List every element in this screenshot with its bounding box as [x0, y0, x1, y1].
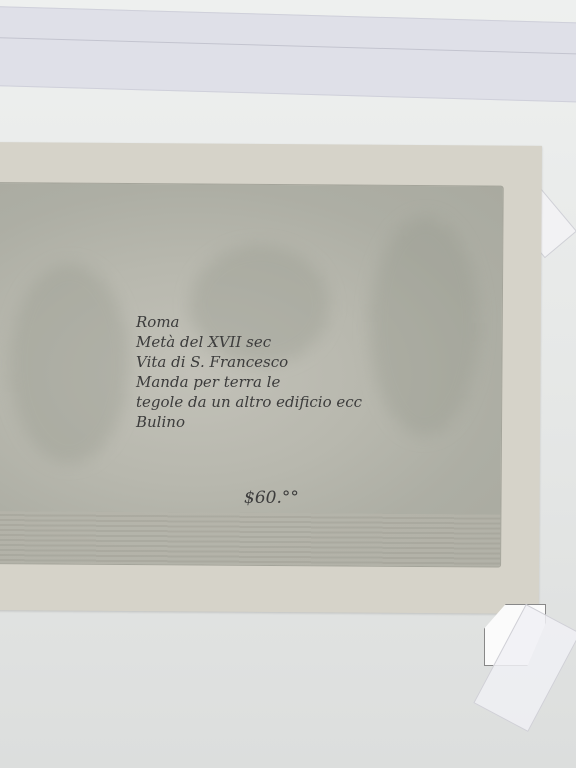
- note-line: tegole da un altro edificio ecc: [136, 392, 362, 412]
- note-line: Metà del XVII sec: [136, 332, 362, 352]
- note-line: Manda per terra le: [136, 372, 362, 392]
- handwritten-notes: Roma Metà del XVII sec Vita di S. France…: [136, 312, 362, 432]
- note-line: Roma: [136, 312, 362, 332]
- masking-tape-top: [0, 6, 576, 103]
- note-line: Vita di S. Francesco: [136, 352, 362, 372]
- price-note: $60.°°: [244, 488, 299, 508]
- plate-caption: [0, 511, 500, 567]
- note-line: Bulino: [136, 412, 362, 432]
